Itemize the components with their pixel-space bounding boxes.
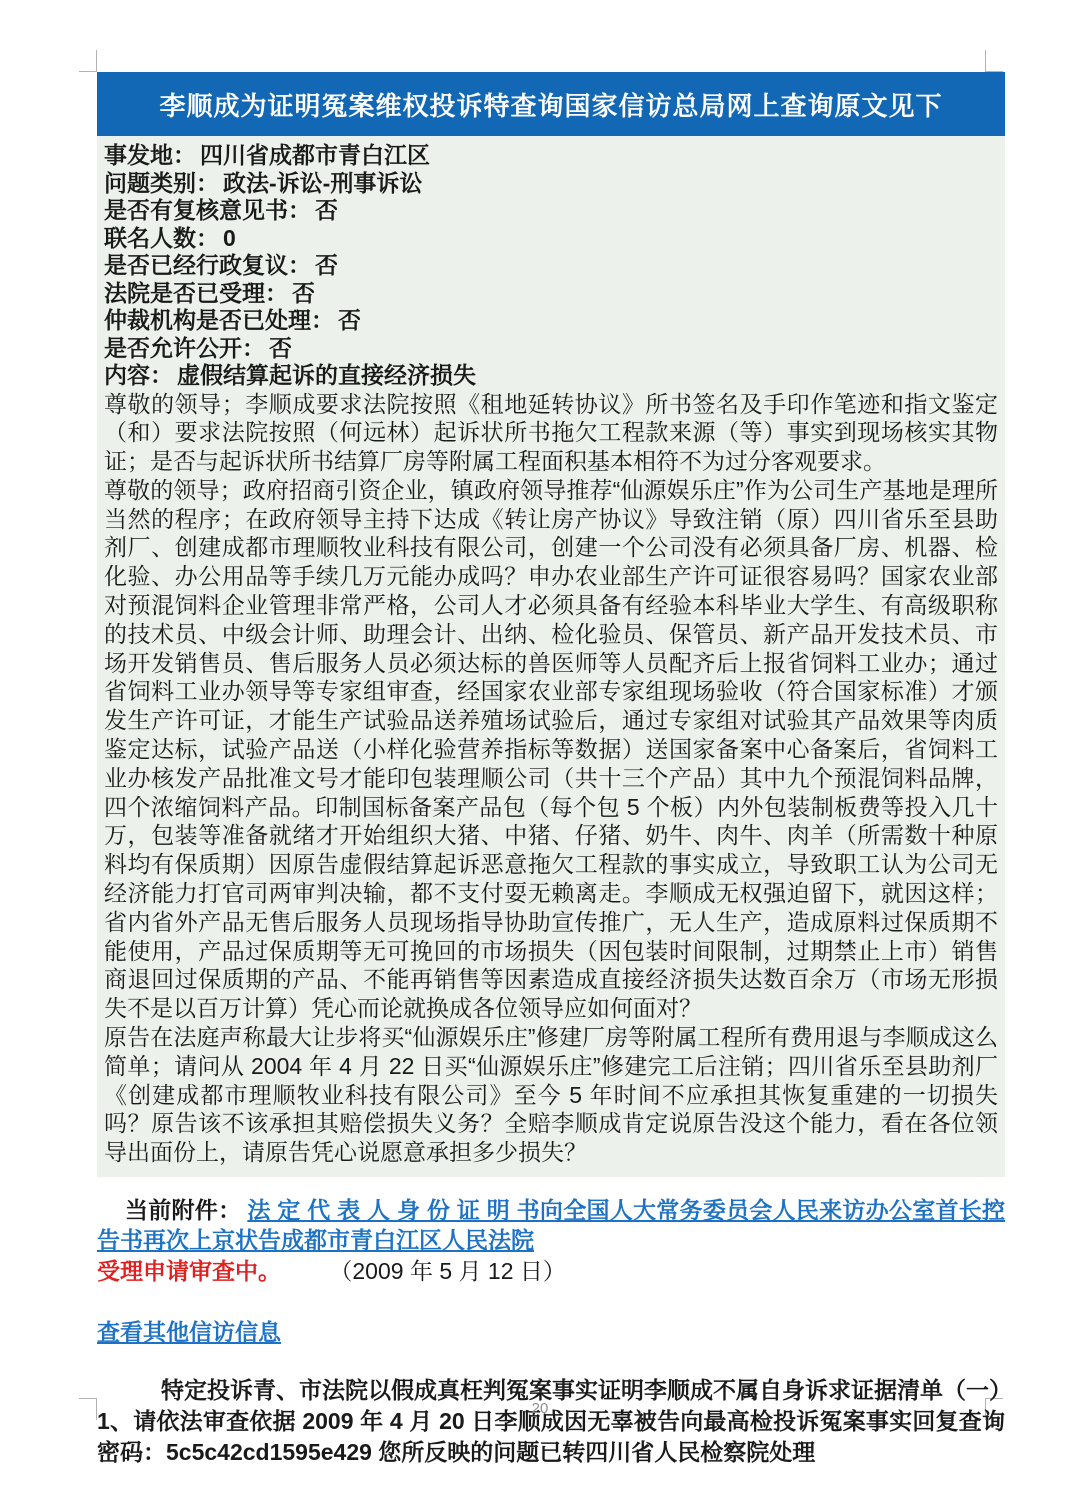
field-public-allowed: 是否允许公开：否 [104, 335, 998, 363]
other-petitions-row: 查看其他信访信息 [97, 1318, 1005, 1346]
margin-corner-mark [985, 50, 1003, 72]
header-bar: 李顺成为证明冤案维权投诉特查询国家信访总局网上查询原文见下 [97, 72, 1005, 136]
field-review-opinion: 是否有复核意见书：否 [104, 197, 998, 225]
document-content: 李顺成为证明冤案维权投诉特查询国家信访总局网上查询原文见下 事发地：四川省成都市… [97, 72, 1005, 1468]
evidence-section: 特定投诉青、市法院以假成真枉判冤案事实证明李顺成不属自身诉求证据清单（一） 1、… [97, 1374, 1005, 1468]
petition-paragraph-2: 尊敬的领导；政府招商引资企业，镇政府领导推荐“仙源娱乐庄”作为公司生产基地是理所… [104, 476, 998, 1023]
attachment-row: 当前附件：法 定 代 表 人 身 份 证 明 书向全国人大常务委员会人民来访办公… [97, 1195, 1005, 1255]
margin-corner-mark [79, 50, 97, 72]
field-cosigner-count: 联名人数：0 [104, 225, 998, 253]
petition-info-panel: 事发地：四川省成都市青白江区 问题类别：政法-诉讼-刑事诉讼 是否有复核意见书：… [97, 136, 1005, 1177]
status-date: （2009 年 5 月 12 日） [329, 1258, 566, 1284]
petition-paragraph-3: 原告在法庭声称最大让步将买“仙源娱乐庄”修建厂房等附属工程所有费用退与李顺成这么… [104, 1023, 998, 1167]
status-text: 受理申请审查中。 [97, 1258, 281, 1284]
field-arbitration-handled: 仲裁机构是否已处理：否 [104, 307, 998, 335]
field-admin-reconsideration: 是否已经行政复议：否 [104, 252, 998, 280]
page-title: 李顺成为证明冤案维权投诉特查询国家信访总局网上查询原文见下 [159, 86, 942, 123]
status-row: 受理申请审查中。 （2009 年 5 月 12 日） [97, 1256, 1005, 1286]
field-issue-category: 问题类别：政法-诉讼-刑事诉讼 [104, 170, 998, 198]
info-fields: 事发地：四川省成都市青白江区 问题类别：政法-诉讼-刑事诉讼 是否有复核意见书：… [104, 142, 998, 390]
field-content-summary: 内容：虚假结算起诉的直接经济损失 [104, 362, 998, 390]
view-other-petitions-link[interactable]: 查看其他信访信息 [97, 1319, 281, 1345]
attachment-label: 当前附件： [125, 1197, 241, 1223]
field-court-accepted: 法院是否已受理：否 [104, 280, 998, 308]
petition-paragraph-1: 尊敬的领导；李顺成要求法院按照《租地延转协议》所书签名及手印作笔迹和指文鉴定（和… [104, 390, 998, 476]
page-number: 20 [0, 1400, 1080, 1417]
field-incident-location: 事发地：四川省成都市青白江区 [104, 142, 998, 170]
